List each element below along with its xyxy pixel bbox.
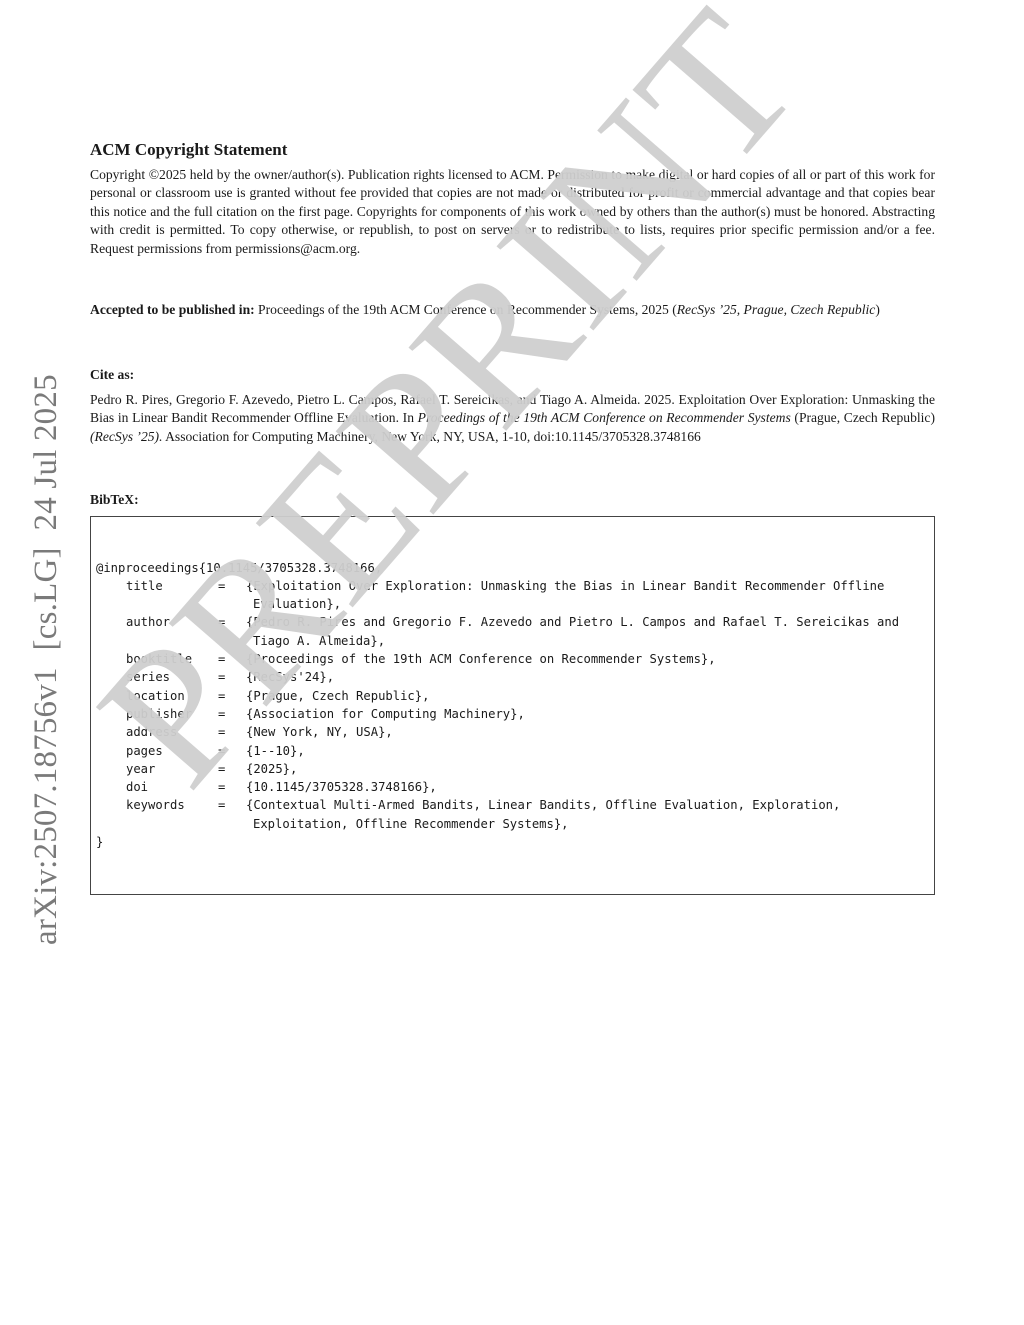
bibtex-field-keywords: keywords={Contextual Multi-Armed Bandits… [96, 796, 934, 833]
bibtex-field-key: pages [126, 742, 218, 760]
accepted-label: Accepted to be published in: [90, 302, 255, 317]
arxiv-identifier-stamp: arXiv:2507.18756v1 [cs.LG] 24 Jul 2025 [28, 374, 65, 945]
bibtex-field-title: title={Exploitation Over Exploration: Un… [96, 577, 934, 614]
bibtex-field-value: {Proceedings of the 19th ACM Conference … [246, 650, 716, 668]
accepted-section: Accepted to be published in: Proceedings… [90, 302, 935, 318]
bibtex-field-value-line: {RecSys'24}, [246, 670, 334, 684]
bibtex-field-value-continuation: Exploitation, Offline Recommender System… [246, 815, 840, 833]
bibtex-equals: = [218, 687, 246, 705]
citation-publisher-doi: Association for Computing Machinery, New… [162, 429, 700, 444]
citation-proceedings: Proceedings of the 19th ACM Conference o… [418, 410, 791, 425]
bibtex-field-key: publisher [126, 705, 218, 723]
bibtex-field-location: location={Prague, Czech Republic}, [96, 687, 934, 705]
bibtex-heading: BibTeX: [90, 492, 935, 508]
bibtex-field-key: series [126, 668, 218, 686]
bibtex-field-value-line: {Association for Computing Machinery}, [246, 707, 525, 721]
bibtex-field-value-continuation: Evaluation}, [246, 595, 884, 613]
bibtex-equals: = [218, 613, 246, 631]
bibtex-equals: = [218, 723, 246, 741]
bibtex-field-series: series={RecSys'24}, [96, 668, 934, 686]
bibtex-field-value-line: {Exploitation Over Exploration: Unmaskin… [246, 579, 884, 593]
bibtex-equals: = [218, 650, 246, 668]
bibtex-field-doi: doi={10.1145/3705328.3748166}, [96, 778, 934, 796]
bibtex-field-address: address={New York, NY, USA}, [96, 723, 934, 741]
citation-text: Pedro R. Pires, Gregorio F. Azevedo, Pie… [90, 391, 935, 446]
citation-location: (Prague, Czech Republic) [791, 410, 935, 425]
copyright-section: ACM Copyright Statement Copyright ©2025 … [90, 140, 935, 258]
accepted-venue: Proceedings of the 19th ACM Conference o… [255, 302, 677, 317]
bibtex-equals: = [218, 668, 246, 686]
bibtex-field-value: {Exploitation Over Exploration: Unmaskin… [246, 577, 884, 614]
bibtex-field-booktitle: booktitle={Proceedings of the 19th ACM C… [96, 650, 934, 668]
bibtex-field-value-line: {Pedro R. Pires and Gregorio F. Azevedo … [246, 615, 899, 629]
bibtex-field-value-continuation: Tiago A. Almeida}, [246, 632, 899, 650]
bibtex-field-publisher: publisher={Association for Computing Mac… [96, 705, 934, 723]
bibtex-equals: = [218, 742, 246, 760]
bibtex-field-key: doi [126, 778, 218, 796]
bibtex-field-value-line: {Prague, Czech Republic}, [246, 689, 429, 703]
bibtex-field-value: {New York, NY, USA}, [246, 723, 393, 741]
bibtex-field-value: {RecSys'24}, [246, 668, 334, 686]
bibtex-field-author: author={Pedro R. Pires and Gregorio F. A… [96, 613, 934, 650]
bibtex-entry-open: @inproceedings{10.1145/3705328.3748166, [96, 559, 934, 577]
bibtex-field-value-line: {Proceedings of the 19th ACM Conference … [246, 652, 716, 666]
citation-conference-short: (RecSys ’25). [90, 429, 162, 444]
cite-section: Cite as: Pedro R. Pires, Gregorio F. Aze… [90, 367, 935, 446]
accepted-venue-end: ) [875, 302, 880, 317]
bibtex-code-box[interactable]: @inproceedings{10.1145/3705328.3748166,t… [90, 516, 935, 895]
bibtex-equals: = [218, 760, 246, 778]
bibtex-field-key: location [126, 687, 218, 705]
bibtex-field-pages: pages={1--10}, [96, 742, 934, 760]
bibtex-field-key: keywords [126, 796, 218, 814]
bibtex-equals: = [218, 796, 246, 814]
bibtex-field-value: {10.1145/3705328.3748166}, [246, 778, 437, 796]
bibtex-field-value: {Pedro R. Pires and Gregorio F. Azevedo … [246, 613, 899, 650]
bibtex-field-key: booktitle [126, 650, 218, 668]
bibtex-field-value: {Prague, Czech Republic}, [246, 687, 429, 705]
bibtex-equals: = [218, 705, 246, 723]
bibtex-entry-close: } [96, 833, 934, 851]
bibtex-field-key: title [126, 577, 218, 595]
bibtex-field-key: year [126, 760, 218, 778]
bibtex-field-value: {2025}, [246, 760, 297, 778]
bibtex-field-year: year={2025}, [96, 760, 934, 778]
accepted-venue-italic: RecSys ’25, Prague, Czech Republic [677, 302, 876, 317]
bibtex-field-value: {Association for Computing Machinery}, [246, 705, 525, 723]
bibtex-field-value-line: {New York, NY, USA}, [246, 725, 393, 739]
bibtex-equals: = [218, 577, 246, 595]
bibtex-field-key: author [126, 613, 218, 631]
copyright-heading: ACM Copyright Statement [90, 140, 935, 160]
bibtex-field-value: {1--10}, [246, 742, 305, 760]
cite-heading: Cite as: [90, 367, 935, 383]
bibtex-equals: = [218, 778, 246, 796]
bibtex-field-value-line: {10.1145/3705328.3748166}, [246, 780, 437, 794]
bibtex-field-key: address [126, 723, 218, 741]
bibtex-field-value-line: {1--10}, [246, 744, 305, 758]
bibtex-fields: title={Exploitation Over Exploration: Un… [96, 577, 934, 833]
bibtex-field-value-line: {2025}, [246, 762, 297, 776]
bibtex-field-value-line: {Contextual Multi-Armed Bandits, Linear … [246, 798, 840, 812]
bibtex-field-value: {Contextual Multi-Armed Bandits, Linear … [246, 796, 840, 833]
copyright-body: Copyright ©2025 held by the owner/author… [90, 166, 935, 258]
bibtex-section: BibTeX: @inproceedings{10.1145/3705328.3… [90, 492, 935, 895]
